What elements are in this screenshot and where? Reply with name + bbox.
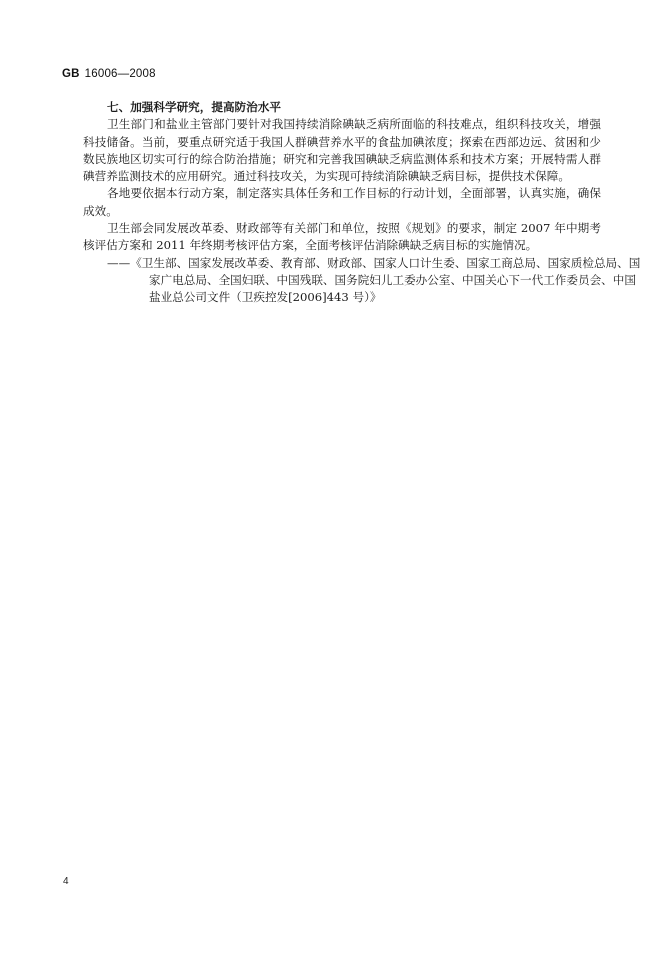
document-page: GB16006—2008 七、加强科学研究，提高防治水平 卫生部门和盐业主管部门… [0, 0, 672, 958]
standard-prefix: GB [62, 68, 80, 80]
standard-header: GB16006—2008 [62, 68, 156, 80]
source-line-2: 家广电总局、全国妇联、中国残联、国务院妇儿工委办公室、中国关心下一代工作委员会、… [107, 272, 601, 289]
source-citation: ——《卫生部、国家发展改革委、教育部、财政部、国家人口计生委、国家工商总局、国家… [83, 255, 601, 307]
paragraph-research: 卫生部门和盐业主管部门要针对我国持续消除碘缺乏病所面临的科技难点，组织科技攻关，… [83, 116, 601, 185]
source-line-3: 盐业总公司文件（卫疾控发[2006]443 号）》 [107, 289, 601, 306]
document-body: 七、加强科学研究，提高防治水平 卫生部门和盐业主管部门要针对我国持续消除碘缺乏病… [83, 99, 601, 307]
paragraph-evaluation: 卫生部会同发展改革委、财政部等有关部门和单位，按照《规划》的要求，制定 2007… [83, 220, 601, 255]
paragraph-local-plans: 各地要依据本行动方案，制定落实具体任务和工作目标的行动计划，全面部署，认真实施，… [83, 185, 601, 220]
page-number: 4 [63, 876, 69, 887]
source-line-1: ——《卫生部、国家发展改革委、教育部、财政部、国家人口计生委、国家工商总局、国家… [107, 255, 601, 272]
section-heading: 七、加强科学研究，提高防治水平 [83, 99, 601, 116]
standard-number: 16006—2008 [85, 68, 156, 80]
